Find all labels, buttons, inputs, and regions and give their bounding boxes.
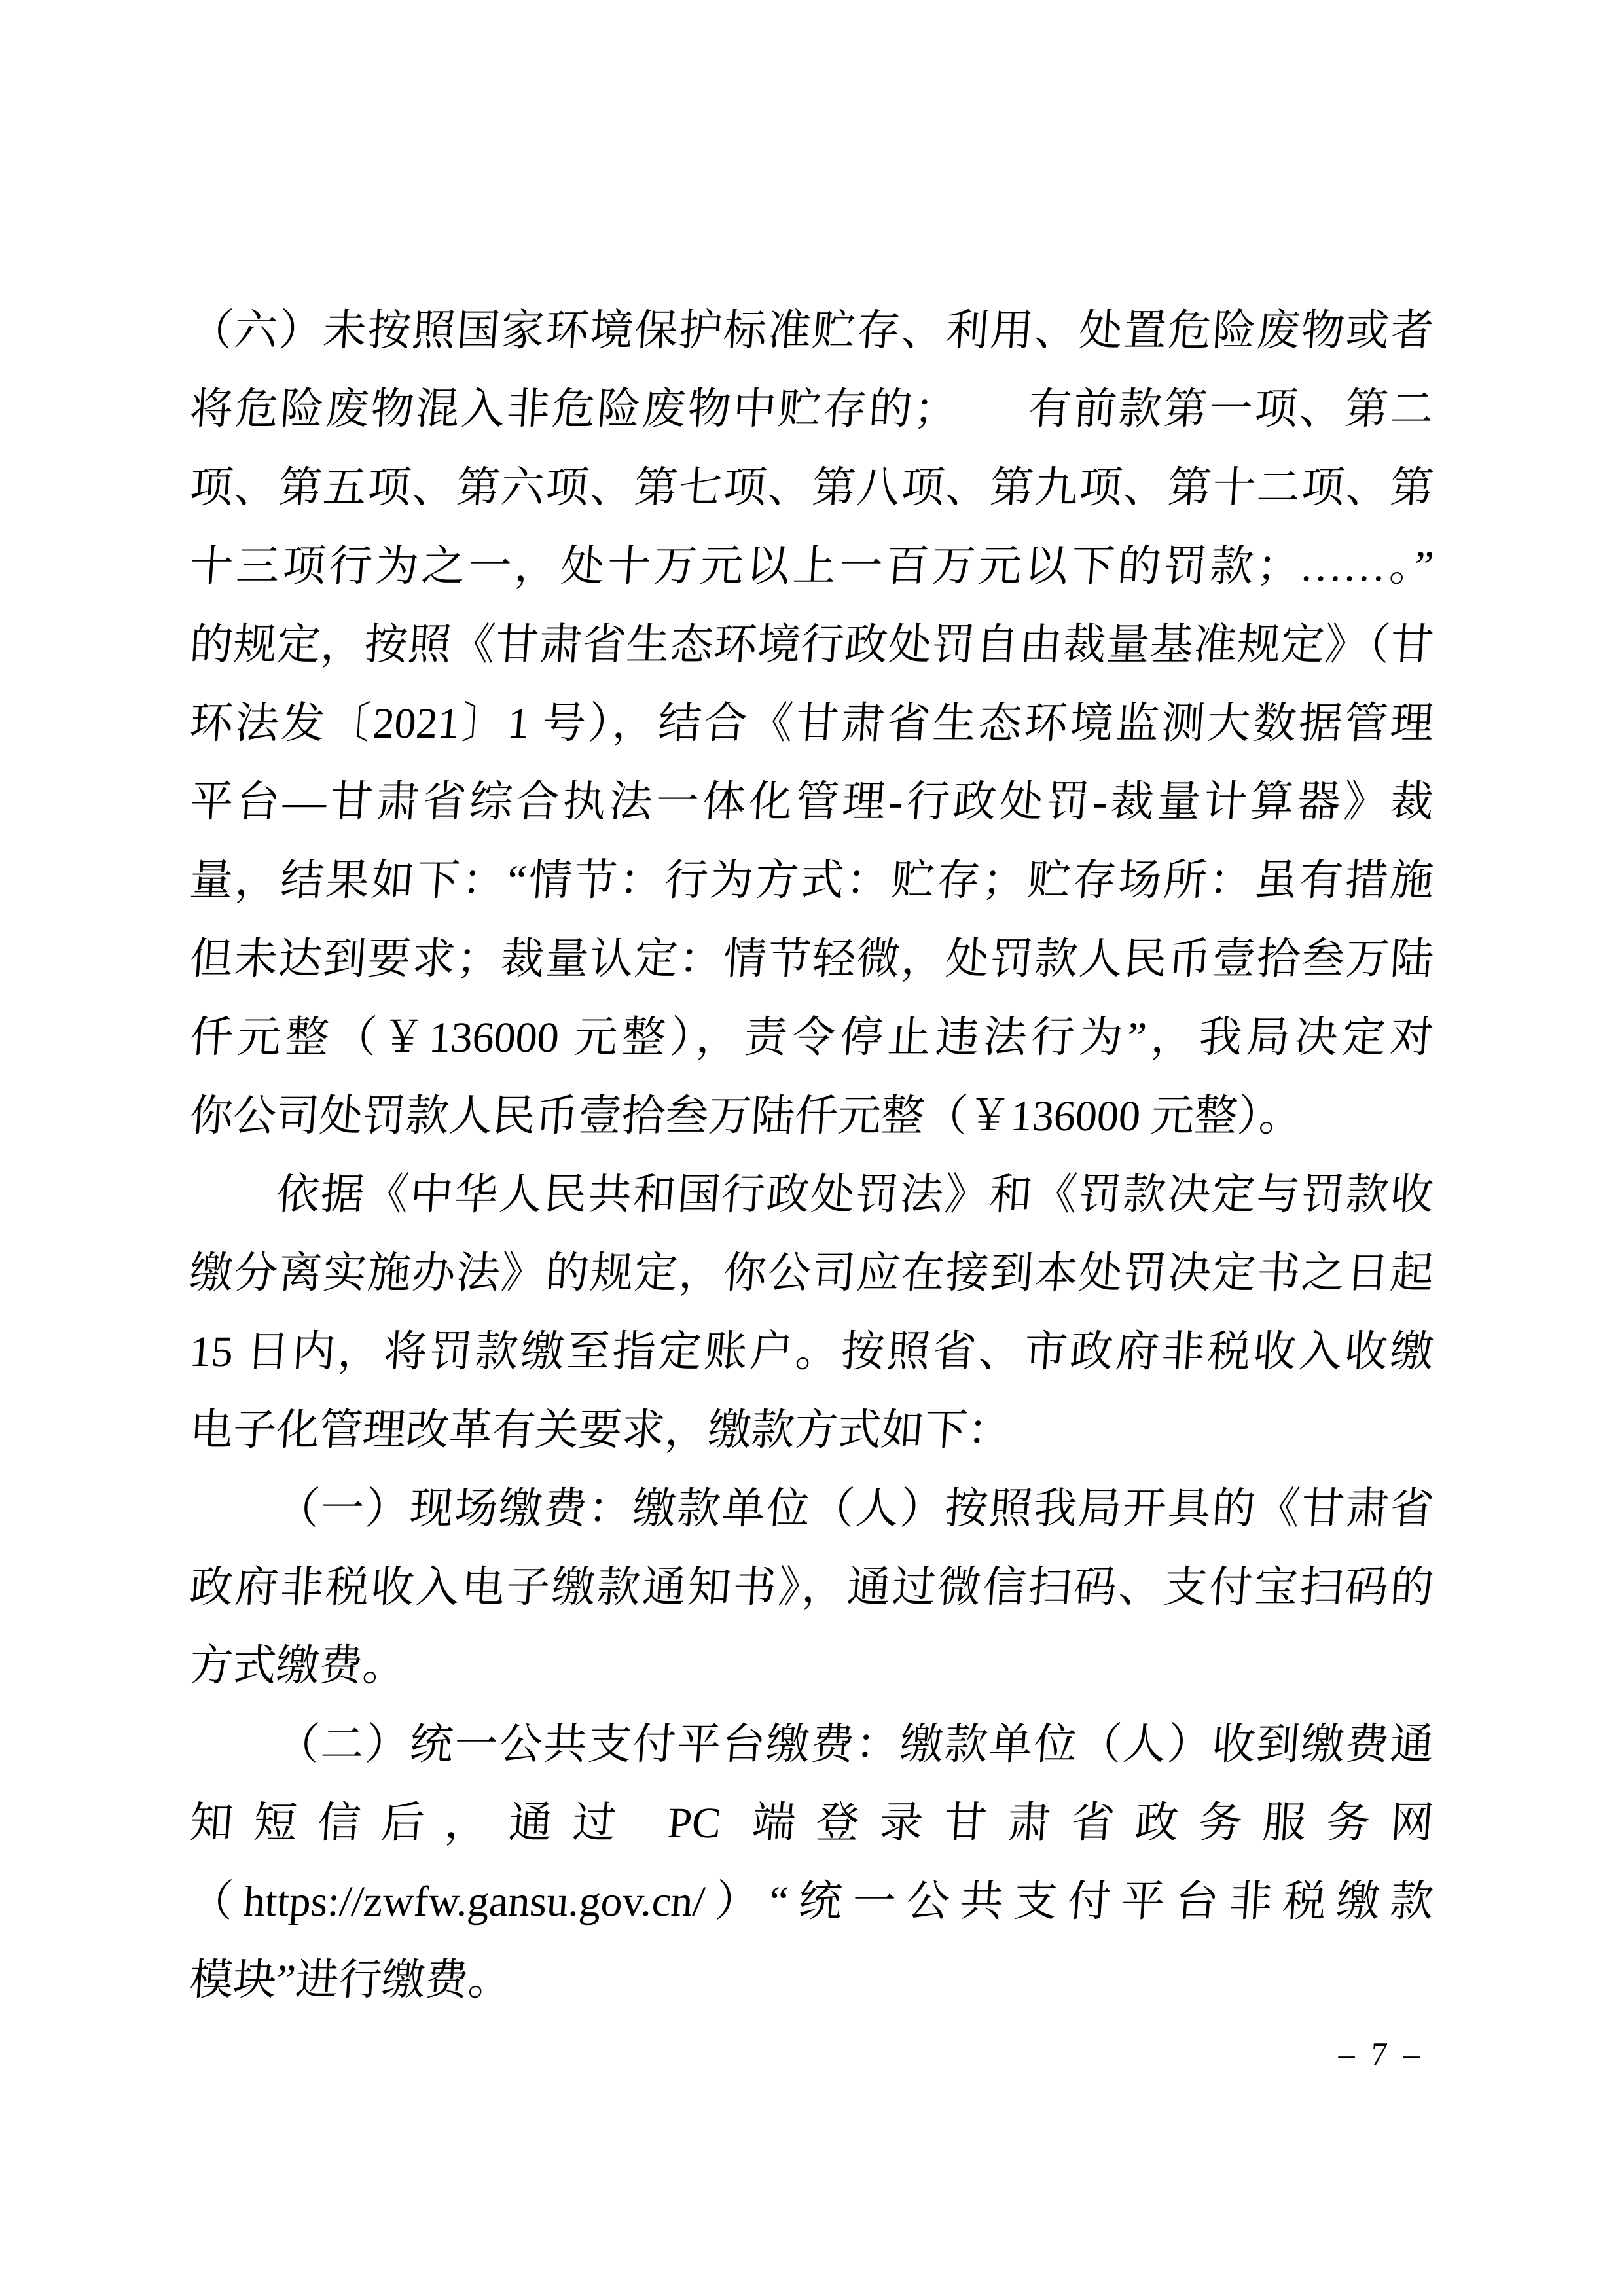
text-line: 十三项行为之一，处十万元以上一百万元以下的罚款；……。” bbox=[187, 528, 1436, 606]
text-line: 你公司处罚款人民币壹拾叁万陆仟元整（￥136000 元整）。 bbox=[187, 1077, 1436, 1156]
text-line: （六）未按照国家环境保护标准贮存、利用、处置危险废物或者 bbox=[187, 292, 1436, 370]
text-line: 环法发〔2021〕1 号），结合《甘肃省生态环境监测大数据管理 bbox=[187, 685, 1436, 763]
text-line: 缴分离实施办法》的规定，你公司应在接到本处罚决定书之日起 bbox=[187, 1234, 1436, 1313]
text-line: （https://zwfw.gansu.gov.cn/）“统一公共支付平台非税缴… bbox=[187, 1863, 1436, 1941]
text-line: 15 日内，将罚款缴至指定账户。按照省、市政府非税收入收缴 bbox=[187, 1313, 1436, 1391]
text-line: 平台—甘肃省综合执法一体化管理-行政处罚-裁量计算器》裁 bbox=[187, 763, 1436, 842]
text-line: 政府非税收入电子缴款通知书》，通过微信扫码、支付宝扫码的 bbox=[187, 1549, 1436, 1627]
text-line: 依据《中华人民共和国行政处罚法》和《罚款决定与罚款收 bbox=[187, 1156, 1436, 1234]
text-line: 但未达到要求；裁量认定：情节轻微，处罚款人民币壹拾叁万陆 bbox=[187, 920, 1436, 999]
text-line: （二）统一公共支付平台缴费：缴款单位（人）收到缴费通 bbox=[187, 1706, 1436, 1784]
text-line: 电子化管理改革有关要求，缴款方式如下： bbox=[187, 1391, 1436, 1470]
document-page: （六）未按照国家环境保护标准贮存、利用、处置危险废物或者 将危险废物混入非危险废… bbox=[0, 0, 1624, 2296]
page-number: – 7 – bbox=[1337, 2034, 1425, 2073]
text-line: 仟元整（￥136000 元整），责令停止违法行为”，我局决定对 bbox=[187, 999, 1436, 1077]
text-line: 知短信后，通过 PC 端登录甘肃省政务服务网 bbox=[187, 1784, 1436, 1863]
text-line: 模块”进行缴费。 bbox=[187, 1941, 1436, 2020]
text-line: 方式缴费。 bbox=[187, 1627, 1436, 1706]
text-line: （一）现场缴费：缴款单位（人）按照我局开具的《甘肃省 bbox=[187, 1470, 1436, 1549]
text-line: 量，结果如下：“情节：行为方式：贮存；贮存场所：虽有措施 bbox=[187, 842, 1436, 920]
text-line: 将危险废物混入非危险废物中贮存的； 有前款第一项、第二 bbox=[187, 370, 1436, 449]
text-line: 的规定，按照《甘肃省生态环境行政处罚自由裁量基准规定》（甘 bbox=[187, 606, 1436, 685]
document-text: （六）未按照国家环境保护标准贮存、利用、处置危险废物或者 将危险废物混入非危险废… bbox=[190, 292, 1434, 2020]
text-line: 项、第五项、第六项、第七项、第八项、第九项、第十二项、第 bbox=[187, 449, 1436, 528]
